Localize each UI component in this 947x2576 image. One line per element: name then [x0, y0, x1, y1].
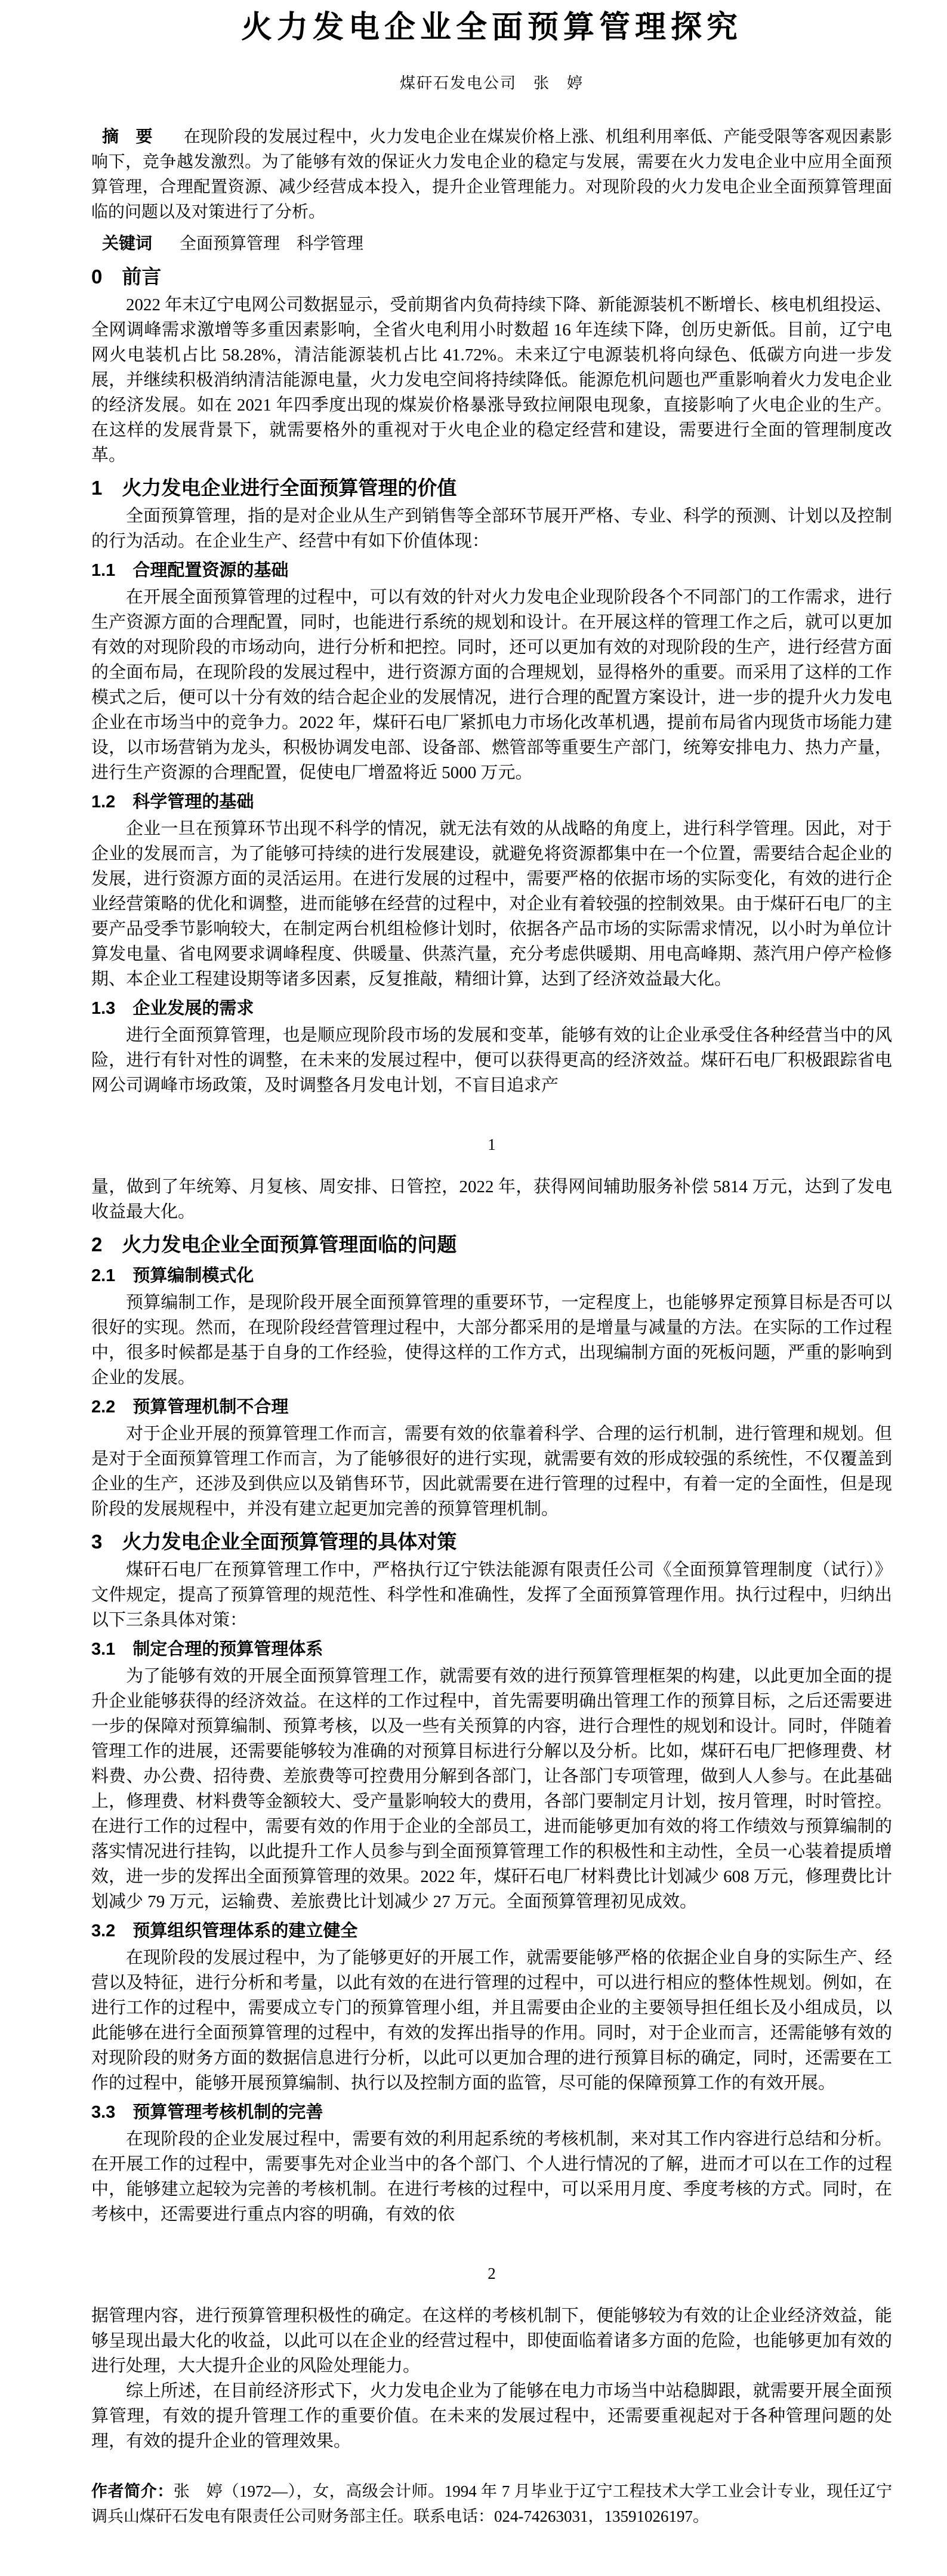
body-paragraph: 煤矸石电厂在预算管理工作中，严格执行辽宁铁法能源有限责任公司《全面预算管理制度（…	[91, 1557, 892, 1633]
page-number: 2	[91, 2264, 892, 2283]
subsection-heading: 3.2 预算组织管理体系的建立健全	[91, 1918, 892, 1944]
subsection-heading: 3.3 预算管理考核机制的完善	[91, 2099, 892, 2125]
author-affiliation-line: 煤矸石发电公司 张 婷	[91, 74, 892, 93]
section-heading: 1 火力发电企业进行全面预算管理的价值	[91, 474, 892, 502]
keywords-line: 关键词全面预算管理 科学管理	[91, 231, 892, 257]
body-paragraph: 为了能够有效的开展全面预算管理工作，就需要有效的进行预算管理框架的构建，以此更加…	[91, 1664, 892, 1914]
body-paragraph: 在现阶段的企业发展过程中，需要有效的利用起系统的考核机制，来对其工作内容进行总结…	[91, 2127, 892, 2227]
body-paragraph: 综上所述，在目前经济形式下，火力发电企业为了能够在电力市场当中站稳脚跟，就需要开…	[91, 2378, 892, 2454]
section-heading: 0 前言	[91, 263, 892, 291]
section-heading: 2 火力发电企业全面预算管理面临的问题	[91, 1230, 892, 1259]
paper-title: 火力发电企业全面预算管理探究	[91, 10, 892, 45]
body-paragraph: 在现阶段的发展过程中，为了能够更好的开展工作，就需要能够严格的依据企业自身的实际…	[91, 1945, 892, 2096]
body-paragraph-continued: 量，做到了年统筹、月复核、周安排、日管控，2022 年，获得网间辅助服务补偿 5…	[91, 1174, 892, 1224]
body-paragraph: 企业一旦在预算环节出现不科学的情况，就无法有效的从战略的角度上，进行科学管理。因…	[91, 816, 892, 992]
author-bio-text: 张 婷（1972—），女，高级会计师。1994 年 7 月毕业于辽宁工程技术大学…	[91, 2482, 892, 2525]
paper-page: 火力发电企业全面预算管理探究 煤矸石发电公司 张 婷 摘 要在现阶段的发展过程中…	[0, 0, 947, 2576]
body-paragraph: 全面预算管理，指的是对企业从生产到销售等全部环节展开严格、专业、科学的预测、计划…	[91, 504, 892, 554]
subsection-heading: 1.2 科学管理的基础	[91, 789, 892, 815]
keywords-text: 全面预算管理 科学管理	[180, 235, 363, 253]
subsection-heading: 3.1 制定合理的预算管理体系	[91, 1636, 892, 1662]
subsection-heading: 1.3 企业发展的需求	[91, 995, 892, 1022]
author-bio: 作者简介：张 婷（1972—），女，高级会计师。1994 年 7 月毕业于辽宁工…	[91, 2479, 892, 2529]
page-number: 1	[91, 1135, 892, 1154]
section-heading: 3 火力发电企业全面预算管理的具体对策	[91, 1528, 892, 1556]
body-paragraph: 预算编制工作，是现阶段开展全面预算管理的重要环节，一定程度上，也能够界定预算目标…	[91, 1290, 892, 1390]
keywords-label: 关键词	[102, 234, 152, 252]
body-paragraph-continued: 据管理内容，进行预算管理积极性的确定。在这样的考核机制下，便能够较为有效的让企业…	[91, 2303, 892, 2378]
document-body: 0 前言2022 年末辽宁电网公司数据显示，受前期省内负荷持续下降、新能源装机不…	[91, 263, 892, 2454]
subsection-heading: 2.2 预算管理机制不合理	[91, 1394, 892, 1420]
abstract-text: 在现阶段的发展过程中，火力发电企业在煤炭价格上涨、机组利用率低、产能受限等客观因…	[91, 128, 892, 221]
body-paragraph: 进行全面预算管理，也是顺应现阶段市场的发展和变革，能够有效的让企业承受住各种经营…	[91, 1023, 892, 1098]
subsection-heading: 1.1 合理配置资源的基础	[91, 557, 892, 584]
abstract-label: 摘 要	[102, 127, 153, 146]
body-paragraph: 对于企业开展的预算管理工作而言，需要有效的依靠着科学、合理的运行机制，进行管理和…	[91, 1421, 892, 1522]
body-paragraph: 在开展全面预算管理的过程中，可以有效的针对火力发电企业现阶段各个不同部门的工作需…	[91, 585, 892, 785]
abstract-paragraph: 摘 要在现阶段的发展过程中，火力发电企业在煤炭价格上涨、机组利用率低、产能受限等…	[91, 124, 892, 225]
subsection-heading: 2.1 预算编制模式化	[91, 1263, 892, 1289]
body-paragraph: 2022 年末辽宁电网公司数据显示，受前期省内负荷持续下降、新能源装机不断增长、…	[91, 292, 892, 468]
author-bio-label: 作者简介：	[91, 2482, 174, 2500]
